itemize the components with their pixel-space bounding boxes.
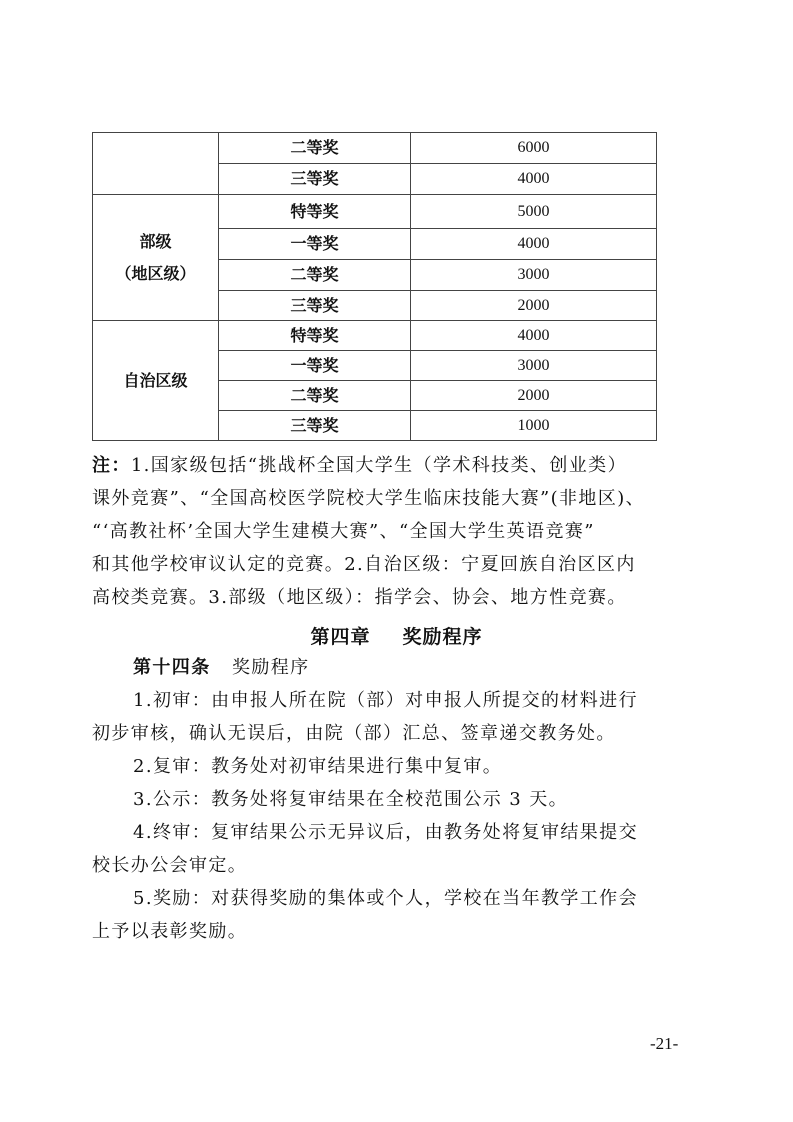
amount-cell: 2000 (411, 381, 657, 411)
amount-cell: 4000 (411, 164, 657, 195)
note-label: 注： (92, 455, 131, 476)
prize-cell: 一等奖 (219, 351, 411, 381)
procedure-item-continued: 校长办公会审定。 (92, 849, 692, 882)
amount-cell: 3000 (411, 351, 657, 381)
level-cell: 自治区级 (93, 321, 219, 441)
table-row: 自治区级 特等奖 4000 (93, 321, 657, 351)
award-table-container: 二等奖 6000 三等奖 4000 部级 （地区级） 特等奖 5000 一等奖 … (92, 132, 656, 441)
level-label-line2: （地区级） (93, 258, 218, 290)
table-row: 部级 （地区级） 特等奖 5000 (93, 195, 657, 229)
procedure-item-continued: 上予以表彰奖励。 (92, 915, 692, 948)
procedure-item: 4.终审：复审结果公示无异议后，由教务处将复审结果提交 (92, 816, 692, 849)
amount-cell: 6000 (411, 133, 657, 164)
procedure-item-continued: 初步审核，确认无误后，由院（部）汇总、签章递交教务处。 (92, 717, 692, 750)
chapter-number: 第四章 (310, 626, 370, 648)
award-amount-table: 二等奖 6000 三等奖 4000 部级 （地区级） 特等奖 5000 一等奖 … (92, 132, 657, 441)
chapter-heading: 第四章奖励程序 (0, 622, 793, 649)
note-line: 和其他学校审议认定的竞赛。2.自治区级：宁夏回族自治区区内 (92, 548, 692, 581)
prize-cell: 二等奖 (219, 133, 411, 164)
prize-cell: 一等奖 (219, 229, 411, 260)
procedure-item: 2.复审：教务处对初审结果进行集中复审。 (92, 750, 692, 783)
level-label-line1: 部级 (93, 226, 218, 258)
note-line: 1.国家级包括“挑战杯全国大学生（学术科技类、创业类） (131, 455, 627, 476)
prize-cell: 特等奖 (219, 195, 411, 229)
note-line: 课外竞赛”、“全国高校医学院校大学生临床技能大赛”(非地区)、 (92, 482, 692, 515)
level-cell: 部级 （地区级） (93, 195, 219, 321)
table-note: 注：1.国家级包括“挑战杯全国大学生（学术科技类、创业类） 课外竞赛”、“全国高… (92, 449, 692, 614)
prize-cell: 三等奖 (219, 291, 411, 321)
note-line: 高校类竞赛。3.部级（地区级）：指学会、协会、地方性竞赛。 (92, 581, 692, 614)
amount-cell: 5000 (411, 195, 657, 229)
amount-cell: 2000 (411, 291, 657, 321)
table-row: 二等奖 6000 (93, 133, 657, 164)
article-label: 第十四条 (133, 657, 211, 678)
procedure-item: 5.奖励：对获得奖励的集体或个人，学校在当年教学工作会 (92, 882, 692, 915)
article-title: 奖励程序 (232, 657, 310, 678)
procedure-item: 1.初审：由申报人所在院（部）对申报人所提交的材料进行 (92, 684, 692, 717)
prize-cell: 三等奖 (219, 164, 411, 195)
procedure-item: 3.公示：教务处将复审结果在全校范围公示 3 天。 (92, 783, 692, 816)
prize-cell: 二等奖 (219, 260, 411, 291)
level-cell (93, 133, 219, 195)
prize-cell: 特等奖 (219, 321, 411, 351)
article-body: 第十四条 奖励程序 1.初审：由申报人所在院（部）对申报人所提交的材料进行 初步… (92, 651, 692, 948)
chapter-title: 奖励程序 (403, 626, 483, 648)
amount-cell: 1000 (411, 411, 657, 441)
prize-cell: 二等奖 (219, 381, 411, 411)
amount-cell: 4000 (411, 229, 657, 260)
amount-cell: 3000 (411, 260, 657, 291)
amount-cell: 4000 (411, 321, 657, 351)
prize-cell: 三等奖 (219, 411, 411, 441)
note-line: “‘高教社杯’全国大学生建模大赛”、“全国大学生英语竞赛” (92, 515, 692, 548)
page-number: -21- (650, 1034, 678, 1054)
